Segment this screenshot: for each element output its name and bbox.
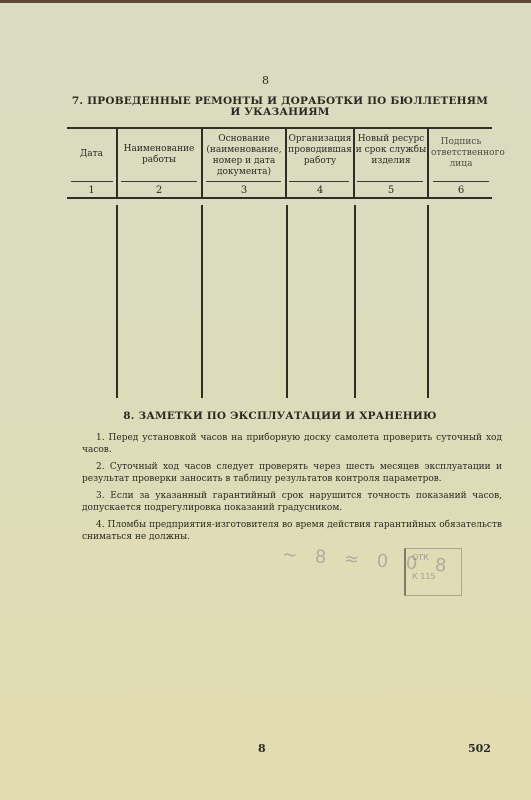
col-number: 2 [117,185,201,196]
inspection-stamp: ОТК К 115 [404,548,462,596]
table-header-bottom-rule [67,197,492,199]
col-number: 5 [355,185,427,196]
col-header-work-name: Наименование работы [117,144,201,166]
col-number: 3 [203,185,285,196]
page-number-top: 8 [0,74,531,87]
body-divider [116,205,118,398]
section-7-title-line2: И УКАЗАНИЯМ [60,107,500,118]
section-7-title: 7. ПРОВЕДЕННЫЕ РЕМОНТЫ И ДОРАБОТКИ ПО БЮ… [60,96,500,118]
col-number: 4 [287,185,353,196]
repairs-table: Дата Наименование работы Основание (наим… [67,125,492,405]
page-top-edge [0,0,531,3]
subrule [357,181,423,182]
body-divider [354,205,356,398]
subrule [433,181,489,182]
body-divider [201,205,203,398]
note-item: 4. Пломбы предприятия-изготовителя во вр… [82,520,502,543]
note-item: 1. Перед установкой часов на приборную д… [82,433,502,456]
stamp-line1: ОТК [412,553,455,562]
col-header-signature: Подпись ответственного лица [431,137,491,170]
note-item: 2. Суточный ход часов следует проверять … [82,462,502,485]
subrule [289,181,349,182]
col-number: 1 [67,185,116,196]
header-divider [427,129,429,197]
note-item: 3. Если за указанный гарантийный срок на… [82,491,502,514]
subrule [206,181,281,182]
col-number: 6 [431,185,491,196]
col-header-organization: Организация проводившая работу [287,134,353,167]
footer-sheet-number: 502 [468,742,491,755]
subrule [121,181,197,182]
col-header-basis: Основание (наименование, номер и дата до… [203,134,285,178]
col-header-date: Дата [67,149,116,160]
body-divider [427,205,429,398]
body-divider [286,205,288,398]
section-8-title: 8. ЗАМЕТКИ ПО ЭКСПЛУАТАЦИИ И ХРАНЕНИЮ [60,411,500,422]
col-header-new-resource: Новый ресурс и срок службы изделия [355,134,427,167]
subrule [71,181,113,182]
stamp-line2: К 115 [412,572,455,581]
operation-notes: 1. Перед установкой часов на приборную д… [82,433,502,549]
footer-page-number: 8 [258,742,266,755]
